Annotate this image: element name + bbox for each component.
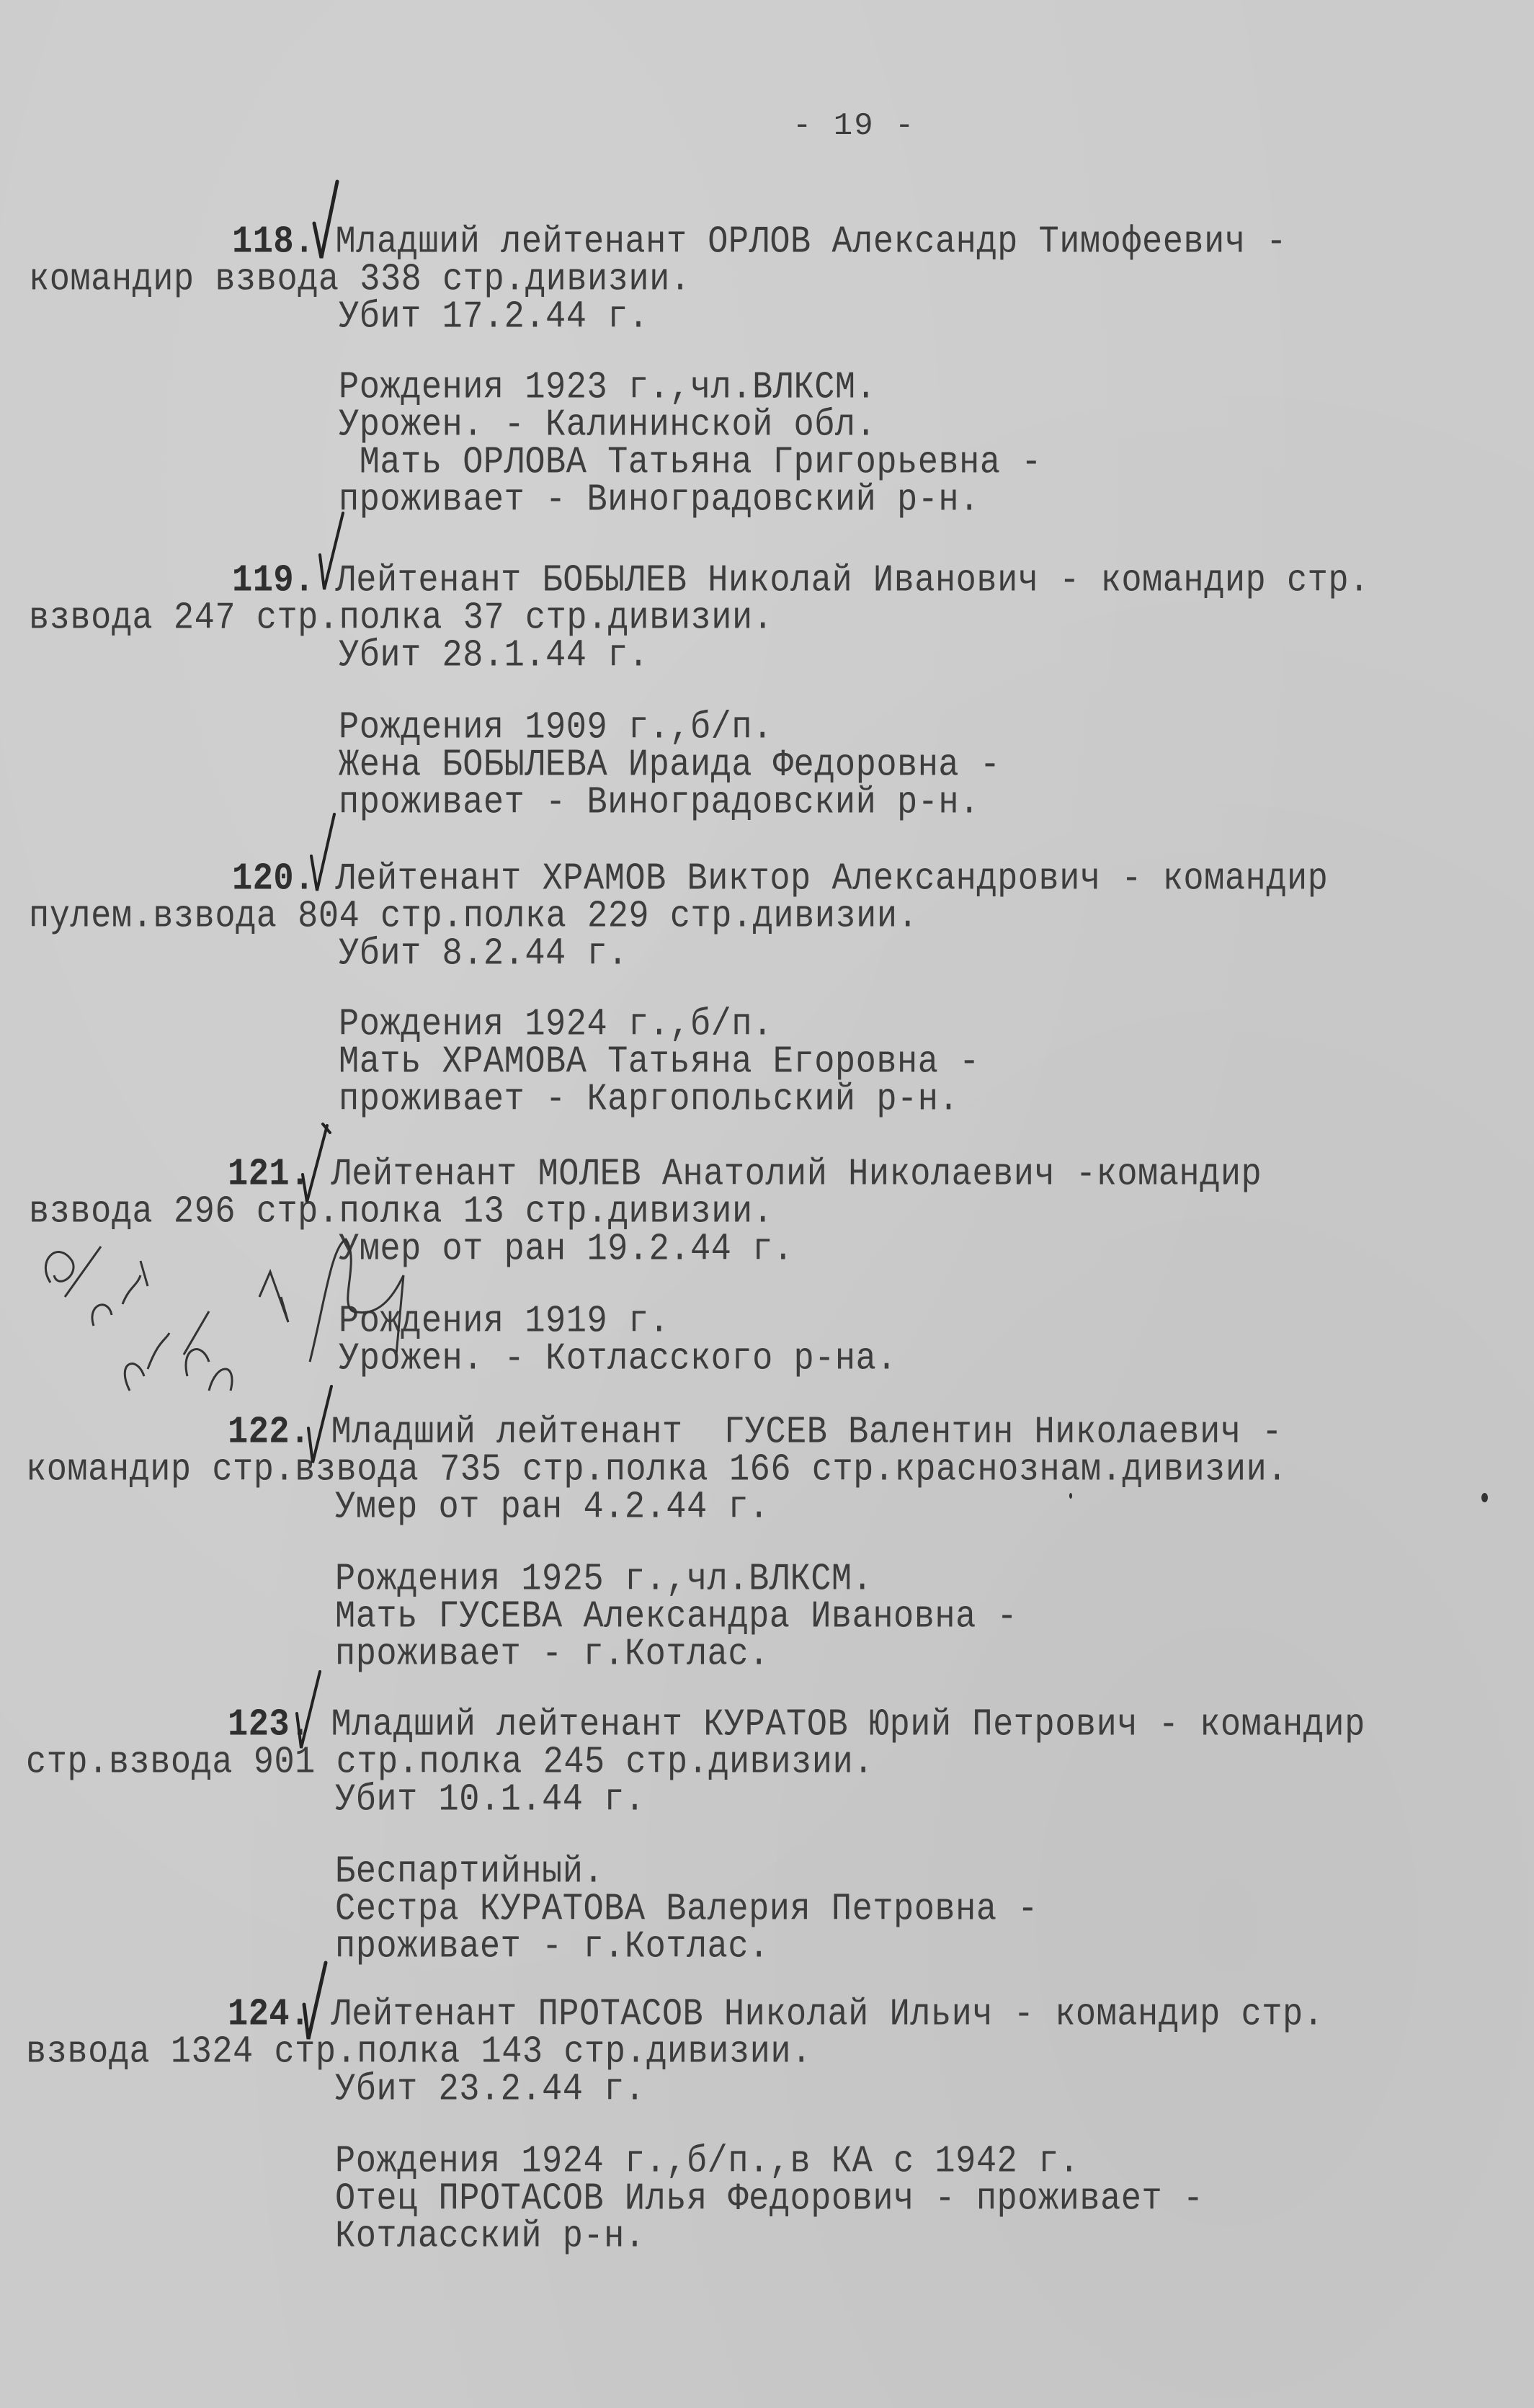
entry-124-detail: Рождения 1924 г.,б/п.,в КА с 1942 г. <box>335 2141 1079 2183</box>
entry-heading: Лейтенант ПРОТАСОВ Николай Ильич - коман… <box>331 1994 1324 2036</box>
entry-123-detail: Сестра КУРАТОВА Валерия Петровна - <box>335 1889 1038 1931</box>
entry-120-line2: пулем.взвода 804 стр.полка 229 стр.дивиз… <box>29 896 918 938</box>
entry-124-line2: взвода 1324 стр.полка 143 стр.дивизии. <box>26 2032 812 2074</box>
entry-123-detail: Беспартийный. <box>335 1852 604 1894</box>
entry-119-status: Убит 28.1.44 г. <box>339 636 649 677</box>
entry-119-detail: Жена БОБЫЛЕВА Ираида Федоровна - <box>339 745 1001 787</box>
handwritten-annotation <box>22 1218 454 1405</box>
entry-122-line2: командир стр.взвода 735 стр.полка 166 ст… <box>26 1450 1288 1491</box>
entry-120-detail: проживает - Каргопольский р-н. <box>339 1079 959 1121</box>
entry-123-status: Убит 10.1.44 г. <box>335 1780 646 1821</box>
entry-heading: Младший лейтенант КУРАТОВ Юрий Петрович … <box>331 1704 1365 1747</box>
page-number: - 19 - <box>793 108 915 144</box>
entry-number: 124. <box>228 1994 311 2036</box>
entry-number: 118. <box>232 221 315 264</box>
entry-number: 121. <box>228 1154 311 1196</box>
entry-122-detail: проживает - г.Котлас. <box>335 1634 770 1676</box>
entry-119-detail: проживает - Виноградовский р-н. <box>339 782 980 824</box>
ink-speck <box>1069 1493 1072 1499</box>
entry-123-line2: стр.взвода 901 стр.полка 245 стр.дивизии… <box>26 1742 874 1784</box>
entry-heading: Лейтенант ХРАМОВ Виктор Александрович - … <box>336 858 1329 901</box>
entry-number: 119. <box>232 560 315 602</box>
entry-120-line1: 120. Лейтенант ХРАМОВ Виктор Александров… <box>232 859 1328 901</box>
entry-123-detail: проживает - г.Котлас. <box>335 1927 770 1968</box>
checkmark-icon <box>301 1961 330 2041</box>
entry-124-status: Убит 23.2.44 г. <box>335 2069 646 2111</box>
entry-118-detail: Урожен. - Калининской обл. <box>339 405 876 447</box>
ink-speck <box>1481 1493 1488 1502</box>
entry-122-detail: Мать ГУСЕВА Александра Ивановна - <box>335 1597 1017 1638</box>
entry-118-status: Убит 17.2.44 г. <box>339 297 649 339</box>
entry-122-line1: 122. Младший лейтенант ГУСЕВ Валентин Ни… <box>228 1412 1283 1454</box>
checkmark-icon <box>311 180 340 259</box>
entry-heading: Лейтенант БОБЫЛЕВ Николай Иванович - ком… <box>336 560 1370 602</box>
entry-121-line1: 121. Лейтенант МОЛЕВ Анатолий Николаевич… <box>228 1154 1262 1196</box>
entry-124-detail: Отец ПРОТАСОВ Илья Федорович - проживает… <box>335 2179 1204 2221</box>
checkmark-icon <box>294 1670 323 1749</box>
checkmark-icon <box>301 1124 330 1203</box>
entry-124-line1: 124. Лейтенант ПРОТАСОВ Николай Ильич - … <box>228 1994 1324 2036</box>
entry-118-detail: Рождения 1923 г.,чл.ВЛКСМ. <box>339 367 876 409</box>
entry-120-detail: Рождения 1924 г.,б/п. <box>339 1004 773 1046</box>
entry-119-line1: 119. Лейтенант БОБЫЛЕВ Николай Иванович … <box>232 561 1370 602</box>
entry-122-detail: Рождения 1925 г.,чл.ВЛКСМ. <box>335 1559 873 1601</box>
entry-heading: Лейтенант МОЛЕВ Анатолий Николаевич -ком… <box>331 1154 1262 1196</box>
entry-118-detail: проживает - Виноградовский р-н. <box>339 480 980 522</box>
entry-120-status: Убит 8.2.44 г. <box>339 934 628 976</box>
entry-124-detail: Котласский р-н. <box>335 2216 646 2258</box>
entry-122-status: Умер от ран 4.2.44 г. <box>335 1487 770 1529</box>
entry-heading: Младший лейтенант ОРЛОВ Александр Тимофе… <box>336 221 1287 264</box>
entry-heading: Младший лейтенант ГУСЕВ Валентин Николае… <box>331 1412 1283 1454</box>
entry-123-line1: 123. Младший лейтенант КУРАТОВ Юрий Петр… <box>228 1705 1365 1747</box>
entry-number: 122. <box>228 1412 311 1454</box>
entry-119-detail: Рождения 1909 г.,б/п. <box>339 708 773 749</box>
entry-118-detail: Мать ОРЛОВА Татьяна Григорьевна - <box>339 442 1042 484</box>
entry-120-detail: Мать ХРАМОВА Татьяна Егоровна - <box>339 1042 980 1084</box>
entry-number: 120. <box>232 858 315 901</box>
checkmark-icon <box>308 813 337 892</box>
entry-118-line1: 118. Младший лейтенант ОРЛОВ Александр Т… <box>232 222 1287 264</box>
checkmark-icon <box>317 512 346 591</box>
entry-119-line2: взвода 247 стр.полка 37 стр.дивизии. <box>29 598 773 640</box>
entry-118-line2: командир взвода 338 стр.дивизии. <box>29 259 691 301</box>
